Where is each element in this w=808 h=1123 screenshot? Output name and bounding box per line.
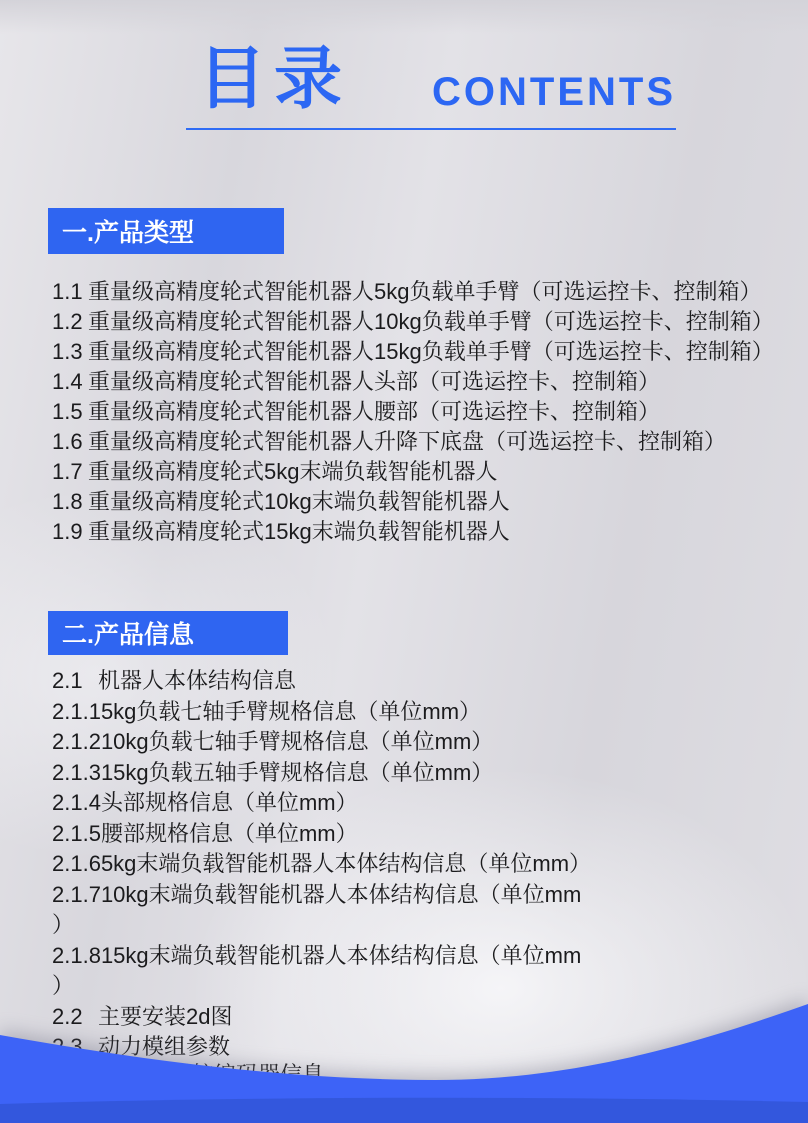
toc-item-number: 1.7 <box>52 457 88 487</box>
toc-item-number: 1.8 <box>52 487 88 517</box>
toc-item-title: 重量级高精度轮式5kg末端负载智能机器人 <box>88 459 497 484</box>
title-underline <box>186 128 676 130</box>
toc-item-number: 2.1.5 <box>52 819 101 850</box>
section-heading-product-types: 一.产品类型 <box>48 208 284 254</box>
toc-page: 目录 CONTENTS 一.产品类型 1.1重量级高精度轮式智能机器人5kg负载… <box>0 0 808 1123</box>
toc-item-number: 2.1.6 <box>52 849 101 880</box>
toc-item: 1.8重量级高精度轮式10kg末端负载智能机器人 <box>52 487 782 517</box>
toc-item: 2.1.210kg负载七轴手臂规格信息（单位mm） <box>52 727 752 758</box>
toc-item-number: 2.1.8 <box>52 941 101 972</box>
toc-item-number: 2.1.2 <box>52 727 101 758</box>
toc-item: 1.5重量级高精度轮式智能机器人腰部（可选运控卡、控制箱） <box>52 397 782 427</box>
toc-item-title: 重量级高精度轮式智能机器人10kg负载单手臂（可选运控卡、控制箱） <box>88 309 774 334</box>
toc-item-number: 1.2 <box>52 307 88 337</box>
toc-item: 2.1.4头部规格信息（单位mm） <box>52 788 752 819</box>
toc-item-title: 10kg末端负载智能机器人本体结构信息（单位mm ） <box>52 882 581 938</box>
toc-item: 2.1.710kg末端负载智能机器人本体结构信息（单位mm ） <box>52 880 752 941</box>
page-title: 目录 <box>198 40 350 118</box>
toc-item: 2.1.15kg负载七轴手臂规格信息（单位mm） <box>52 697 752 728</box>
page-title-english: CONTENTS <box>432 72 676 112</box>
toc-item-number: 2.1.3 <box>52 758 101 789</box>
toc-item: 1.2重量级高精度轮式智能机器人10kg负载单手臂（可选运控卡、控制箱） <box>52 307 782 337</box>
toc-item-title: 5kg负载七轴手臂规格信息（单位mm） <box>101 699 481 724</box>
toc-item-number: 1.5 <box>52 397 88 427</box>
section-heading-product-info: 二.产品信息 <box>48 611 288 655</box>
toc-item: 2.1机器人本体结构信息 <box>52 666 752 697</box>
toc-item: 2.1.5腰部规格信息（单位mm） <box>52 819 752 850</box>
toc-item-number: 1.6 <box>52 427 88 457</box>
toc-item-number: 1.3 <box>52 337 88 367</box>
toc-item-number: 1.9 <box>52 517 88 547</box>
toc-item: 1.3重量级高精度轮式智能机器人15kg负载单手臂（可选运控卡、控制箱） <box>52 337 782 367</box>
toc-item-title: 机器人本体结构信息 <box>98 668 296 693</box>
toc-item: 2.1.65kg末端负载智能机器人本体结构信息（单位mm） <box>52 849 752 880</box>
toc-item-title: 重量级高精度轮式智能机器人15kg负载单手臂（可选运控卡、控制箱） <box>88 339 774 364</box>
toc-item-title: 头部规格信息（单位mm） <box>101 790 358 815</box>
toc-item-number: 2.1.4 <box>52 788 101 819</box>
toc-item: 1.6重量级高精度轮式智能机器人升降下底盘（可选运控卡、控制箱） <box>52 427 782 457</box>
toc-item-title: 15kg负载五轴手臂规格信息（单位mm） <box>101 760 493 785</box>
toc-item-title: 重量级高精度轮式智能机器人升降下底盘（可选运控卡、控制箱） <box>88 429 726 454</box>
toc-item-title: 腰部规格信息（单位mm） <box>101 821 358 846</box>
toc-item-title: 重量级高精度轮式智能机器人头部（可选运控卡、控制箱） <box>88 369 660 394</box>
toc-item: 1.7重量级高精度轮式5kg末端负载智能机器人 <box>52 457 782 487</box>
toc-item-title: 重量级高精度轮式10kg末端负载智能机器人 <box>88 489 510 514</box>
toc-item: 1.1重量级高精度轮式智能机器人5kg负载单手臂（可选运控卡、控制箱） <box>52 277 782 307</box>
toc-list-product-types: 1.1重量级高精度轮式智能机器人5kg负载单手臂（可选运控卡、控制箱）1.2重量… <box>52 277 782 547</box>
toc-item-number: 1.1 <box>52 277 88 307</box>
toc-item-number: 1.4 <box>52 367 88 397</box>
toc-item-title: 重量级高精度轮式智能机器人5kg负载单手臂（可选运控卡、控制箱） <box>88 279 761 304</box>
toc-item-title: 重量级高精度轮式15kg末端负载智能机器人 <box>88 519 510 544</box>
toc-item-number: 2.1.1 <box>52 697 101 728</box>
bottom-wave-decoration <box>0 988 808 1123</box>
toc-item: 2.1.315kg负载五轴手臂规格信息（单位mm） <box>52 758 752 789</box>
toc-item-number: 2.1.7 <box>52 880 101 911</box>
toc-item: 1.4重量级高精度轮式智能机器人头部（可选运控卡、控制箱） <box>52 367 782 397</box>
toc-item-title: 重量级高精度轮式智能机器人腰部（可选运控卡、控制箱） <box>88 399 660 424</box>
toc-item-title: 5kg末端负载智能机器人本体结构信息（单位mm） <box>101 851 591 876</box>
toc-item-number: 2.1 <box>52 666 98 697</box>
toc-item-title: 10kg负载七轴手臂规格信息（单位mm） <box>101 729 493 754</box>
toc-item: 1.9重量级高精度轮式15kg末端负载智能机器人 <box>52 517 782 547</box>
